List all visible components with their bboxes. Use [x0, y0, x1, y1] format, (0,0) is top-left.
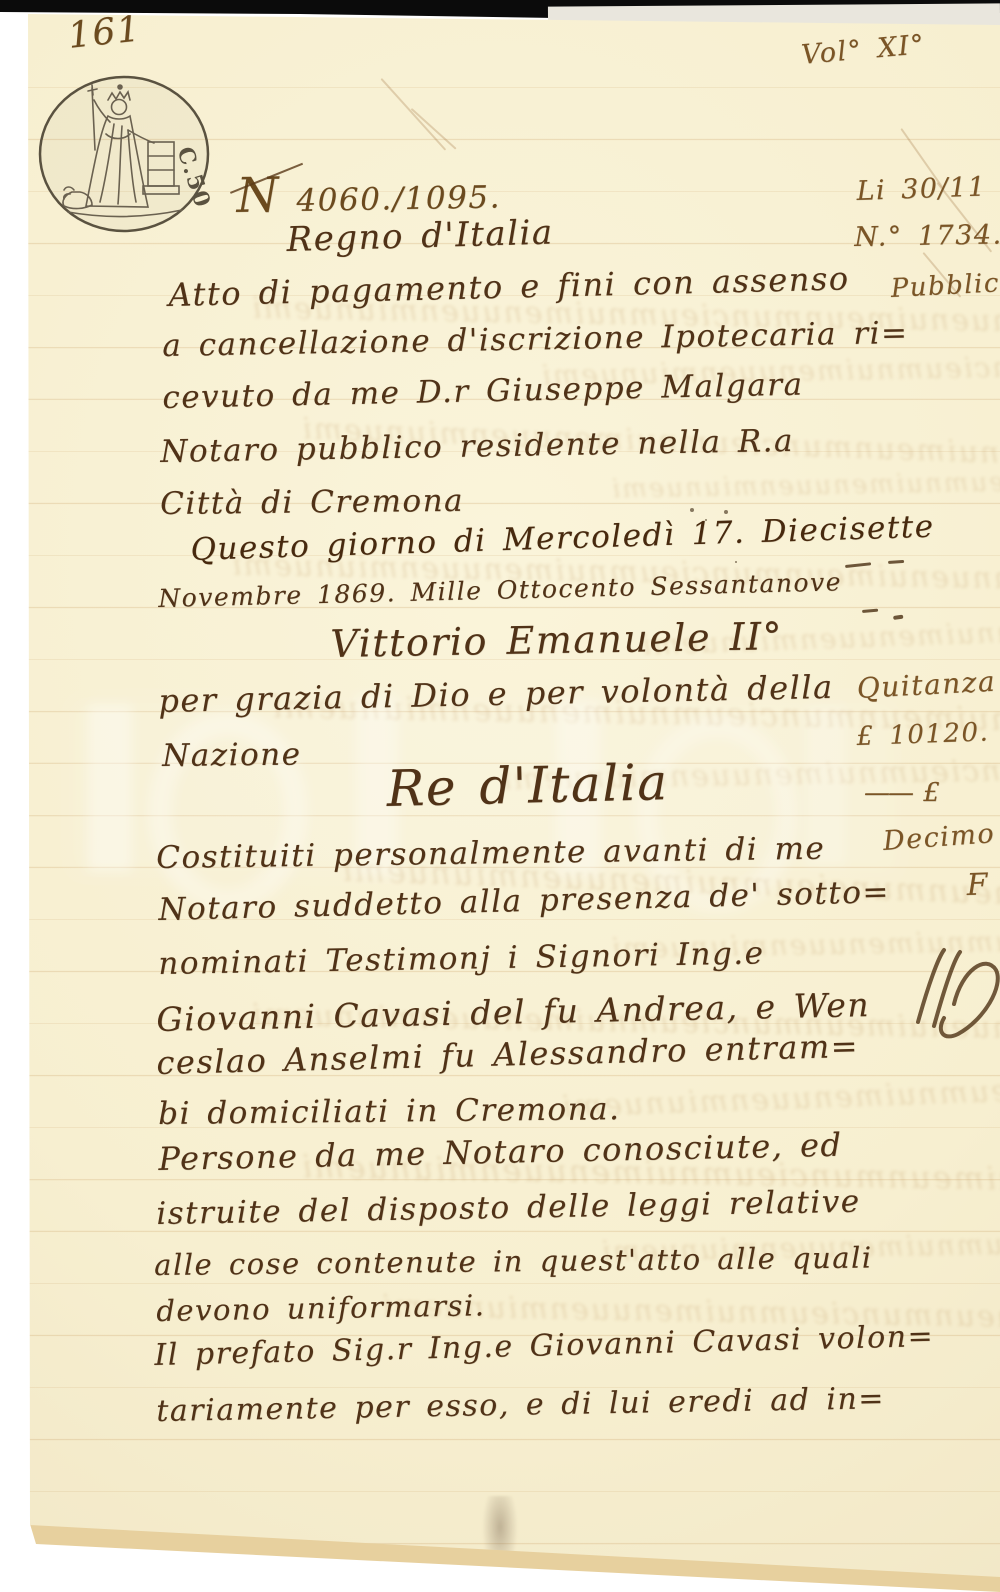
margin-pubblici: Pubblici	[890, 268, 1000, 304]
margin-date: Li 30/11 · 69	[856, 169, 1000, 207]
king-of-italy-heading: Re d'Italia	[386, 753, 669, 818]
kingdom-heading: Regno d'Italia	[286, 213, 554, 260]
manuscript-line: Il prefato Sig.r Ing.e Giovanni Cavasi v…	[154, 1319, 935, 1373]
watermark-overlay	[88, 704, 132, 872]
paper-scratch	[381, 78, 447, 151]
ink-dash	[862, 609, 878, 613]
manuscript-line: bi domiciliati in Cremona.	[158, 1091, 621, 1132]
ink-splatter	[690, 508, 694, 512]
manuscript-line: devono uniformarsi.	[156, 1288, 486, 1328]
document-scan: uumnuenuimeunmuncieumnuimenuuenmiunuemi …	[0, 0, 1000, 1592]
manuscript-line: Città di Cremona	[160, 483, 464, 522]
manuscript-line: tariamente per esso, e di lui eredi ad i…	[156, 1381, 885, 1429]
volume-note: Vol° XI°	[800, 29, 927, 71]
margin-dash-lira: —— £	[864, 778, 938, 808]
manuscript-line: nominati Testimonj i Signori Ing.e	[158, 935, 765, 982]
paper-scratch	[411, 108, 457, 150]
manuscript-line: istruite del disposto delle leggi relati…	[156, 1184, 861, 1232]
manuscript-line: Notaro pubblico residente nella R.a	[160, 423, 794, 470]
manuscript-line: alle cose contenute in quest'atto alle q…	[154, 1240, 873, 1282]
manuscript-page: uumnuenuimeunmuncieumnuimenuuenmiunuemi …	[0, 0, 1000, 1592]
manuscript-line: cevuto da me D.r Giuseppe Malgara	[162, 367, 804, 416]
sovereign-heading: Vittorio Emanuele II°	[330, 614, 783, 666]
bleedthrough-text: uumnuenuimeunmuncieumnuimenuuenmiunuemi	[610, 462, 1000, 505]
margin-number: N.° 1734. R	[854, 219, 1000, 253]
revenue-stamp: C.50	[36, 74, 212, 236]
page-number: 161	[66, 8, 143, 56]
margin-decimo: Decimo	[882, 818, 996, 857]
margin-partial-letter: F	[966, 867, 990, 903]
margin-amount: £ 10120. 83	[856, 716, 1000, 752]
manuscript-line: Nazione	[162, 737, 302, 774]
margin-paraph-signature	[908, 942, 1000, 1054]
